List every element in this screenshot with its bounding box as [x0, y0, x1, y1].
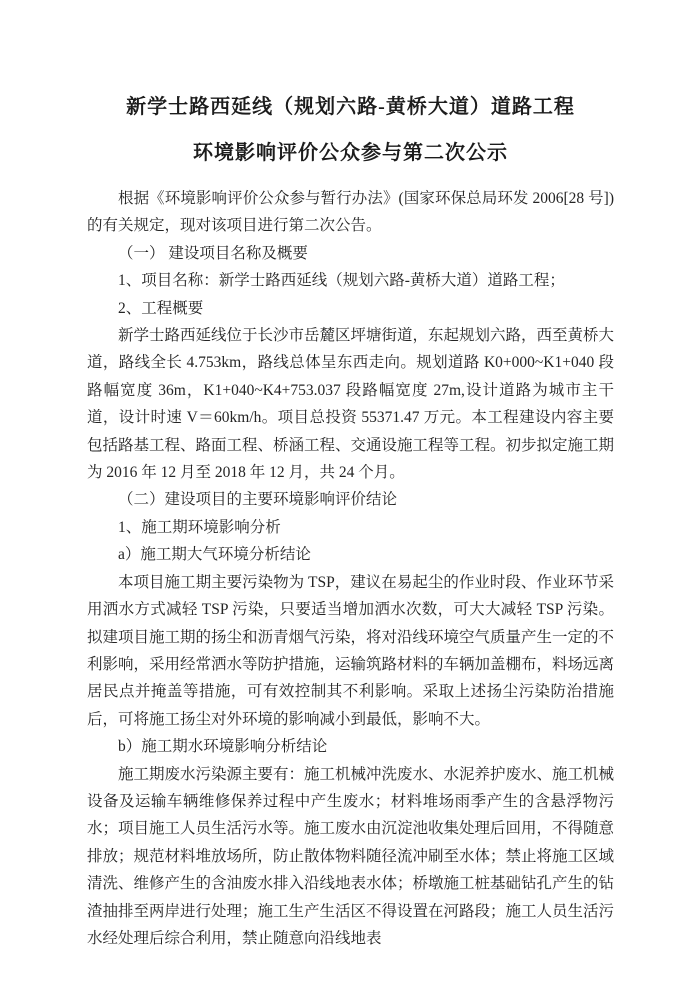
- list-item: 2、工程概要: [87, 295, 614, 322]
- list-item: b）施工期水环境影响分析结论: [87, 733, 614, 760]
- document-content: 新学士路西延线（规划六路-黄桥大道）道路工程 环境影响评价公众参与第二次公示 根…: [87, 84, 614, 952]
- title-line-1: 新学士路西延线（规划六路-黄桥大道）道路工程: [87, 84, 614, 130]
- list-item: 1、施工期环境影响分析: [87, 514, 614, 541]
- list-item: a）施工期大气环境分析结论: [87, 541, 614, 568]
- document-page: 新学士路西延线（规划六路-黄桥大道）道路工程 环境影响评价公众参与第二次公示 根…: [0, 0, 700, 989]
- document-body: 根据《环境影响评价公众参与暂行办法》(国家环保总局环发 2006[28 号])的…: [87, 185, 614, 952]
- paragraph: 本项目施工期主要污染物为 TSP，建议在易起尘的作业时段、作业环节采用洒水方式减…: [87, 569, 614, 733]
- title-line-2: 环境影响评价公众参与第二次公示: [87, 130, 614, 176]
- list-item: 1、项目名称：新学士路西延线（规划六路-黄桥大道）道路工程；: [87, 267, 614, 294]
- section-heading: （二）建设项目的主要环境影响评价结论: [87, 486, 614, 513]
- paragraph: 施工期废水污染源主要有：施工机械冲洗废水、水泥养护废水、施工机械设备及运输车辆维…: [87, 761, 614, 953]
- paragraph: 根据《环境影响评价公众参与暂行办法》(国家环保总局环发 2006[28 号])的…: [87, 185, 614, 240]
- section-heading: （一） 建设项目名称及概要: [87, 240, 614, 267]
- paragraph: 新学士路西延线位于长沙市岳麓区坪塘街道，东起规划六路，西至黄桥大道，路线全长 4…: [87, 322, 614, 486]
- document-title: 新学士路西延线（规划六路-黄桥大道）道路工程 环境影响评价公众参与第二次公示: [87, 84, 614, 176]
